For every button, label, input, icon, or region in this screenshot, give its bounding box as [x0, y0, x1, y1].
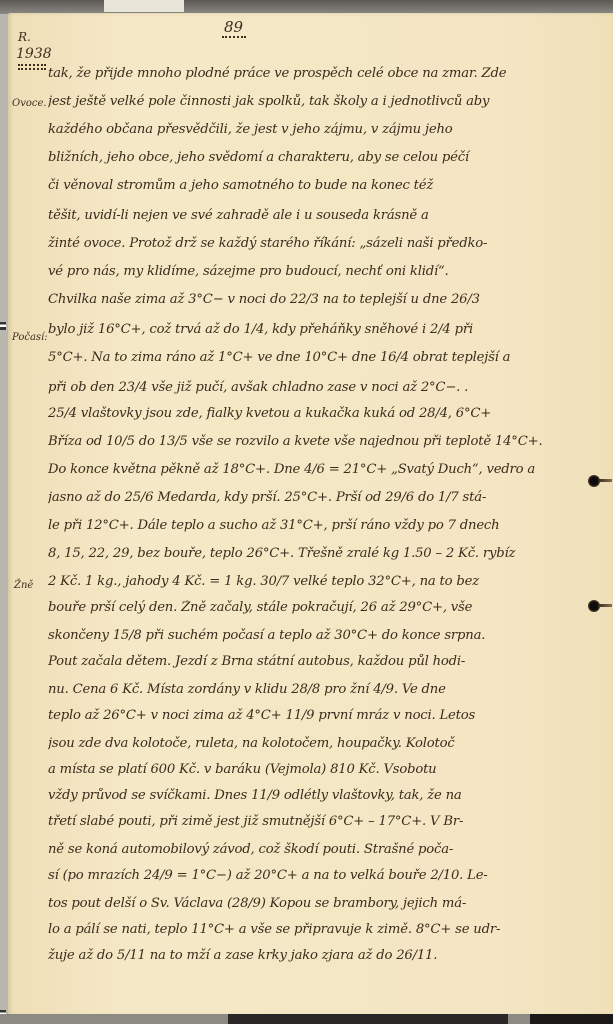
margin-note-ovoce: Ovoce. [12, 98, 47, 109]
text-line: tos pout delší o Sv. Václava (28/9) Kopo… [48, 896, 593, 911]
text-line: vé pro nás, my klidíme, sázejme pro budo… [48, 264, 593, 279]
page-number: 89 [224, 18, 243, 36]
page-edge-marker [0, 322, 6, 330]
punch-hole-tear [598, 479, 612, 482]
text-line: 2 Kč. 1 kg., jahody 4 Kč. = 1 kg. 30/7 v… [48, 574, 593, 589]
text-line: žuje až do 5/11 na to mží a zase krky ja… [48, 948, 593, 963]
scanner-clip [104, 0, 184, 12]
text-line: každého občana přesvědčili, že jest v je… [48, 122, 593, 137]
margin-note-pocasi: Počasí: [12, 332, 48, 343]
text-line: Do konce května pěkně až 18°C+. Dne 4/6 … [48, 462, 593, 477]
scanner-top-edge [0, 0, 613, 14]
margin-note-zne: Žně [14, 580, 33, 591]
text-line: 8, 15, 22, 29, bez bouře, teplo 26°C+. T… [48, 546, 593, 561]
text-line: těšit, uvidí-li nejen ve své zahradě ale… [48, 208, 593, 223]
text-line: třetí slabé pouti, při zimě jest již smu… [48, 814, 593, 829]
text-line: Bříza od 10/5 do 13/5 vše se rozvilo a k… [48, 434, 593, 449]
punch-hole-tear [598, 604, 612, 607]
text-line: nu. Cena 6 Kč. Místa zordány v klidu 28/… [48, 682, 593, 697]
text-line: 5°C+. Na to zima ráno až 1°C+ ve dne 10°… [48, 350, 593, 365]
text-line: Pout začala dětem. Jezdí z Brna státní a… [48, 654, 593, 669]
year-underline [18, 64, 46, 66]
text-line: bylo již 16°C+, což trvá až do 1/4, kdy … [48, 322, 593, 337]
text-line: při ob den 23/4 vše již pučí, avšak chla… [48, 380, 593, 395]
text-line: 25/4 vlaštovky jsou zde, fialky kvetou a… [48, 406, 593, 421]
text-line: jest ještě velké pole činnosti jak spolk… [48, 94, 593, 109]
margin-note-year: 1938 [16, 46, 52, 62]
text-line: Chvilka naše zima až 3°C− v noci do 22/3… [48, 292, 593, 307]
scanner-bottom-shadow [530, 1014, 613, 1024]
text-line: le při 12°C+. Dále teplo a sucho až 31°C… [48, 518, 593, 533]
year-underline [18, 68, 46, 70]
margin-note-r: R. [18, 30, 31, 44]
text-line: teplo až 26°C+ v noci zima až 4°C+ 11/9 … [48, 708, 593, 723]
text-line: sí (po mrazích 24/9 = 1°C−) až 20°C+ a n… [48, 868, 593, 883]
text-line: jsou zde dva kolotoče, ruleta, na koloto… [48, 736, 593, 751]
text-line: bližních, jeho obce, jeho svědomí a char… [48, 150, 593, 165]
text-line: a místa se platí 600 Kč. v baráku (Vejmo… [48, 762, 593, 777]
text-line: jasno až do 25/6 Medarda, kdy prší. 25°C… [48, 490, 593, 505]
scanner-bottom-shadow [228, 1014, 508, 1024]
text-line: tak, že přijde mnoho plodné práce ve pro… [48, 66, 593, 81]
text-line: ně se koná automobilový závod, což škodí… [48, 842, 593, 857]
text-line: vždy průvod se svíčkami. Dnes 11/9 odlét… [48, 788, 593, 803]
text-line: bouře prší celý den. Žně začaly, stále p… [48, 600, 593, 615]
text-line: či věnoval stromům a jeho samotného to b… [48, 178, 593, 193]
text-line: lo a pálí se nati, teplo 11°C+ a vše se … [48, 922, 593, 937]
page-number-underline [222, 36, 246, 38]
text-line: žinté ovoce. Protož drž se každý starého… [48, 236, 593, 251]
text-line: skončeny 15/8 při suchém počasí a teplo … [48, 628, 593, 643]
